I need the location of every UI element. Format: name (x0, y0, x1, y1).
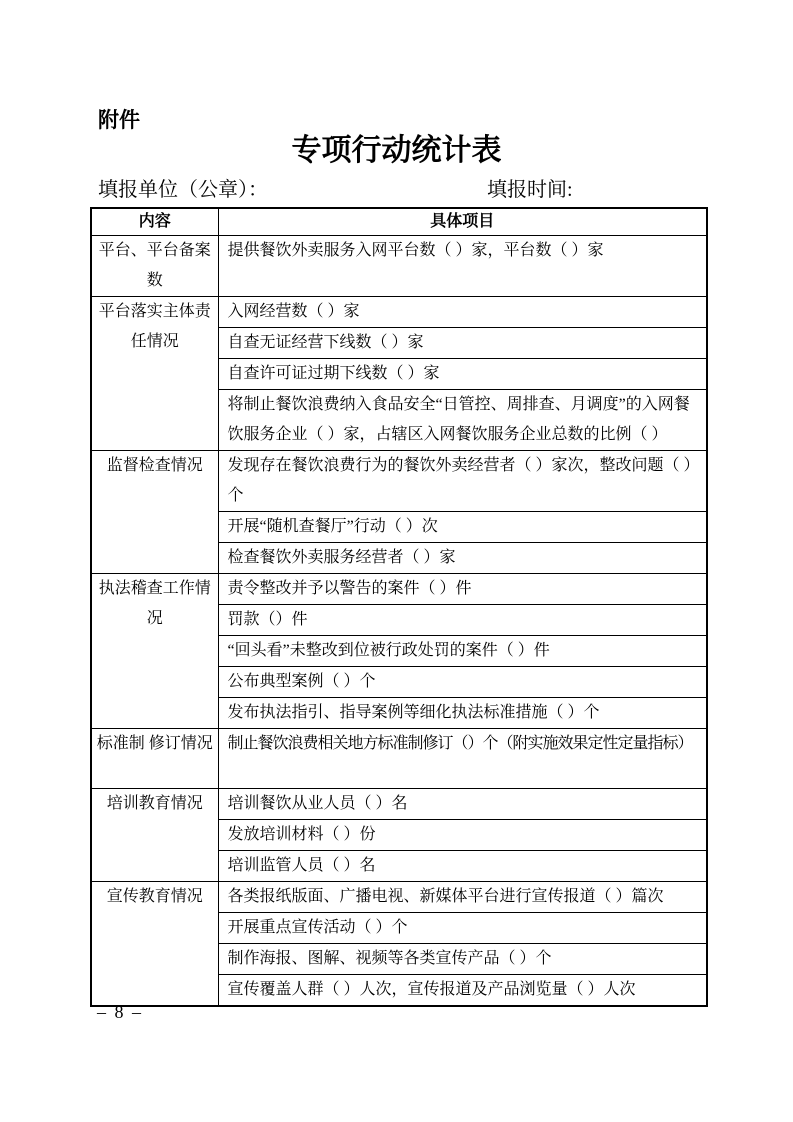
category-cell: 宣传教育情况 (91, 882, 218, 1007)
table-header-row: 内容 具体项目 (91, 208, 707, 236)
table-row: 标准制 修订情况 制止餐饮浪费相关地方标准制修订（）个（附实施效果定性定量指标） (91, 729, 707, 789)
category-cell: 平台、平台备案数 (91, 236, 218, 297)
category-cell: 培训教育情况 (91, 789, 218, 882)
table-header-content: 内容 (91, 208, 218, 236)
item-cell: 发放培训材料（ ）份 (218, 820, 707, 851)
category-cell: 执法稽查工作情况 (91, 574, 218, 729)
item-cell: 培训监管人员（ ）名 (218, 851, 707, 882)
table-row: 平台落实主体责任情况 入网经营数（ ）家 (91, 297, 707, 328)
item-cell: 责令整改并予以警告的案件（ ）件 (218, 574, 707, 605)
table-row: 培训教育情况 培训餐饮从业人员（ ）名 (91, 789, 707, 820)
item-cell: 自查无证经营下线数（ ）家 (218, 328, 707, 359)
item-cell: 检查餐饮外卖服务经营者（ ）家 (218, 543, 707, 574)
stats-table: 内容 具体项目 平台、平台备案数 提供餐饮外卖服务入网平台数（ ）家，平台数（ … (90, 207, 708, 1007)
page-number: – 8 – (97, 1000, 143, 1024)
item-cell: 宣传覆盖人群（ ）人次，宣传报道及产品浏览量（ ）人次 (218, 975, 707, 1007)
document-page: 附件 专项行动统计表 填报单位（公章）： 填报时间: 内容 具体项目 平台、平台… (0, 0, 793, 1122)
item-cell: 公布典型案例（ ）个 (218, 667, 707, 698)
item-cell: 各类报纸版面、广播电视、新媒体平台进行宣传报道（ ）篇次 (218, 882, 707, 913)
item-cell: 发布执法指引、指导案例等细化执法标准措施（ ）个 (218, 698, 707, 729)
table-row: 宣传教育情况 各类报纸版面、广播电视、新媒体平台进行宣传报道（ ）篇次 (91, 882, 707, 913)
item-cell: 制作海报、图解、视频等各类宣传产品（ ）个 (218, 944, 707, 975)
item-cell: 制止餐饮浪费相关地方标准制修订（）个（附实施效果定性定量指标） (218, 729, 707, 789)
item-cell: 培训餐饮从业人员（ ）名 (218, 789, 707, 820)
item-cell: 入网经营数（ ）家 (218, 297, 707, 328)
table-row: 监督检查情况 发现存在餐饮浪费行为的餐饮外卖经营者（ ）家次，整改问题（ ）个 (91, 451, 707, 512)
table-row: 平台、平台备案数 提供餐饮外卖服务入网平台数（ ）家，平台数（ ）家 (91, 236, 707, 297)
page-title: 专项行动统计表 (0, 131, 793, 171)
item-cell: 将制止餐饮浪费纳入食品安全“日管控、周排查、月调度”的入网餐饮服务企业（ ）家，… (218, 390, 707, 451)
item-cell: 发现存在餐饮浪费行为的餐饮外卖经营者（ ）家次，整改问题（ ）个 (218, 451, 707, 512)
table-row: 执法稽查工作情况 责令整改并予以警告的案件（ ）件 (91, 574, 707, 605)
category-cell: 平台落实主体责任情况 (91, 297, 218, 451)
item-cell: 提供餐饮外卖服务入网平台数（ ）家，平台数（ ）家 (218, 236, 707, 297)
item-cell: “回头看”未整改到位被行政处罚的案件（ ）件 (218, 636, 707, 667)
category-cell: 标准制 修订情况 (91, 729, 218, 789)
table-header-items: 具体项目 (218, 208, 707, 236)
item-cell: 开展“随机查餐厅”行动（ ）次 (218, 512, 707, 543)
item-cell: 自查许可证过期下线数（ ）家 (218, 359, 707, 390)
item-cell: 开展重点宣传活动（ ）个 (218, 913, 707, 944)
item-cell: 罚款（）件 (218, 605, 707, 636)
form-time-label: 填报时间: (487, 176, 573, 204)
form-unit-label: 填报单位（公章）： (98, 176, 268, 204)
category-cell: 监督检查情况 (91, 451, 218, 574)
